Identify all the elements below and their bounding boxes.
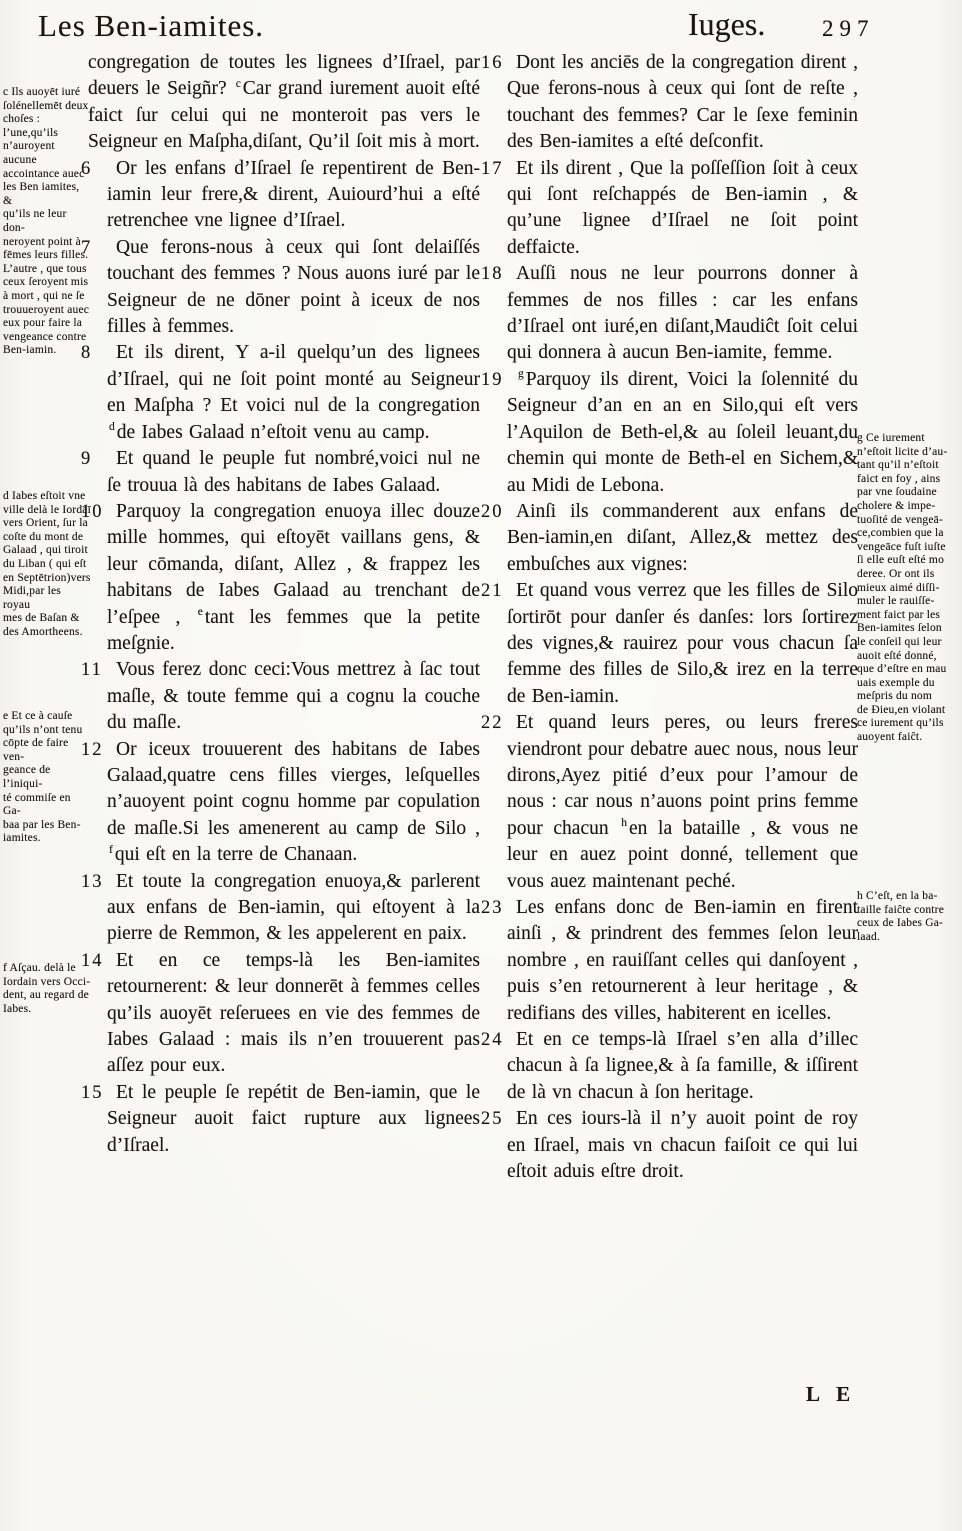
note-marker-f: f [109,844,113,856]
verse-number: 11 [81,657,103,683]
note-marker-d: d [109,421,115,433]
verse-20: 20Ainſi ils commanderent aux enfans de B… [488,499,858,578]
verse-number: 20 [481,499,504,525]
margin-note-h: h C’eſt, en la ba- taille faiĉte contre … [857,890,960,944]
verse-text: Or les enfans d’Iſrael ſe repentirent de… [107,158,480,232]
text-column-right: 16Dont les anciēs de la congregation dir… [488,50,858,1185]
verse-18: 18Auſſi nous ne leur pourrons donner à f… [488,261,858,367]
verse-text: Parquoy ils dirent, Voici la ſolennité d… [507,369,858,496]
verse-text: Que ferons-nous à ceux qui ſont delaiſſé… [107,237,480,337]
verse-14: 14Et en ce temps-là les Ben-iamites reto… [88,948,480,1080]
running-title-left: Les Ben-iamites. [38,8,264,44]
margin-note-e: e Et ce à cauſe qu’ils n’ont tenu cōpte … [3,710,91,846]
note-marker-e: e [198,606,203,618]
verse-number: 8 [81,340,92,366]
verse-15: 15Et le peuple ſe repétit de Ben-iamin, … [88,1080,480,1159]
margin-note-c: c Ils auoyēt iuré ſolénellemēt deux choſ… [3,86,91,358]
verse-number: 17 [481,156,504,182]
verse-text: Les enfans donc de Ben-iamin en firent a… [507,897,858,1024]
verse-number: 12 [81,737,104,763]
verse-number: 21 [481,578,504,604]
margin-note-f: f Aſçau. delà le Iordain vers Occi- dent… [3,962,91,1016]
verse-number: 15 [81,1080,104,1106]
verse-text: Et ils dirent , Que la poſſeſſion ſoit à… [507,158,858,258]
verse-text: Et en ce temps-là les Ben-iamites retour… [107,950,480,1077]
verse-17: 17Et ils dirent , Que la poſſeſſion ſoit… [488,156,858,262]
verse-text: Et quand le peuple fut nombré,voici nul … [107,448,480,495]
margin-note-g: g Ce iurement n’eſtoit licite d’au- tant… [857,432,960,745]
verse-number: 7 [81,235,92,261]
verse-9: 9Et quand le peuple fut nombré,voici nul… [88,446,480,499]
verse-21: 21Et quand vous verrez que les filles de… [488,578,858,710]
verse-text: En ces iours-là il n’y auoit point de ro… [507,1108,858,1182]
scanned-book-page: Les Ben-iamites. Iuges. 297 c Ils auoyēt… [0,0,962,1531]
verse-number: 13 [81,869,104,895]
verse-number: 25 [481,1106,504,1132]
verse-number: 18 [481,261,504,287]
verse-number: 6 [81,156,92,182]
verse-12: 12Or iceux trouuerent des habitans de Ia… [88,737,480,869]
verse-text: Et quand vous verrez que les filles de S… [507,580,858,707]
verse-16: 16Dont les anciēs de la congregation dir… [488,50,858,156]
verse-13: 13Et toute la congregation enuoya,& parl… [88,869,480,948]
verse-11: 11Vous ferez donc ceci:Vous mettrez à ſa… [88,657,480,736]
verse-7: 7Que ferons-nous à ceux qui ſont delaiſſ… [88,235,480,341]
verse-number: 9 [81,446,92,472]
verse-text: Dont les anciēs de la congregation diren… [507,52,858,152]
verse-number: 16 [481,50,504,76]
verse-10: 10Parquoy la congregation enuoya illec d… [88,499,480,657]
note-marker-g: g [518,368,524,380]
verse-22: 22Et quand leurs peres, ou leurs freres … [488,710,858,895]
verse-number: 23 [481,895,504,921]
verse-text: de Iabes Galaad n’eſtoit venu au camp. [117,422,430,443]
verse-text: Et toute la congregation enuoya,& parler… [107,871,480,945]
verse-number: 24 [481,1027,504,1053]
verse-text: Ainſi ils commanderent aux enfans de Ben… [507,501,858,575]
verse-text: Et en ce temps-là Iſrael s’en alla d’ill… [507,1029,858,1103]
verse-number: 22 [481,710,504,736]
verse-text: Et le peuple ſe repétit de Ben-iamin, qu… [107,1082,480,1156]
text-column-left: congregation de toutes les lignees d’Iſr… [88,50,480,1159]
verse-number: 19 [481,367,504,393]
verse-8: 8Et ils dirent, Y a-il quelqu’un des lig… [88,340,480,446]
verse-19: 19gParquoy ils dirent, Voici la ſolennit… [488,367,858,499]
verse-number: 14 [81,948,104,974]
verse-23: 23Les enfans donc de Ben-iamin en firent… [488,895,858,1027]
verse-continuation: congregation de toutes les lignees d’Iſr… [88,50,480,156]
verse-text: Vous ferez donc ceci:Vous mettrez à ſac … [107,659,480,733]
verse-text: Auſſi nous ne leur pourrons donner à fem… [507,263,858,363]
verse-24: 24Et en ce temps-là Iſrael s’en alla d’i… [488,1027,858,1106]
running-title-center: Iuges. [688,6,765,43]
verse-25: 25En ces iours-là il n’y auoit point de … [488,1106,858,1185]
note-marker-h: h [621,817,627,829]
verse-text: Et ils dirent, Y a-il quelqu’un des lign… [107,342,480,416]
page-number: 297 [822,16,875,42]
catchword: L E [806,1382,856,1407]
verse-6: 6Or les enfans d’Iſrael ſe repentirent d… [88,156,480,235]
verse-text: qui eſt en la terre de Chanaan. [115,844,357,865]
margin-note-d: d Iabes eſtoit vne ville delà le Iordaī … [3,490,91,640]
verse-text: Or iceux trouuerent des habitans de Iabe… [107,739,480,839]
note-marker-c: c [236,78,241,90]
verse-number: 10 [81,499,104,525]
